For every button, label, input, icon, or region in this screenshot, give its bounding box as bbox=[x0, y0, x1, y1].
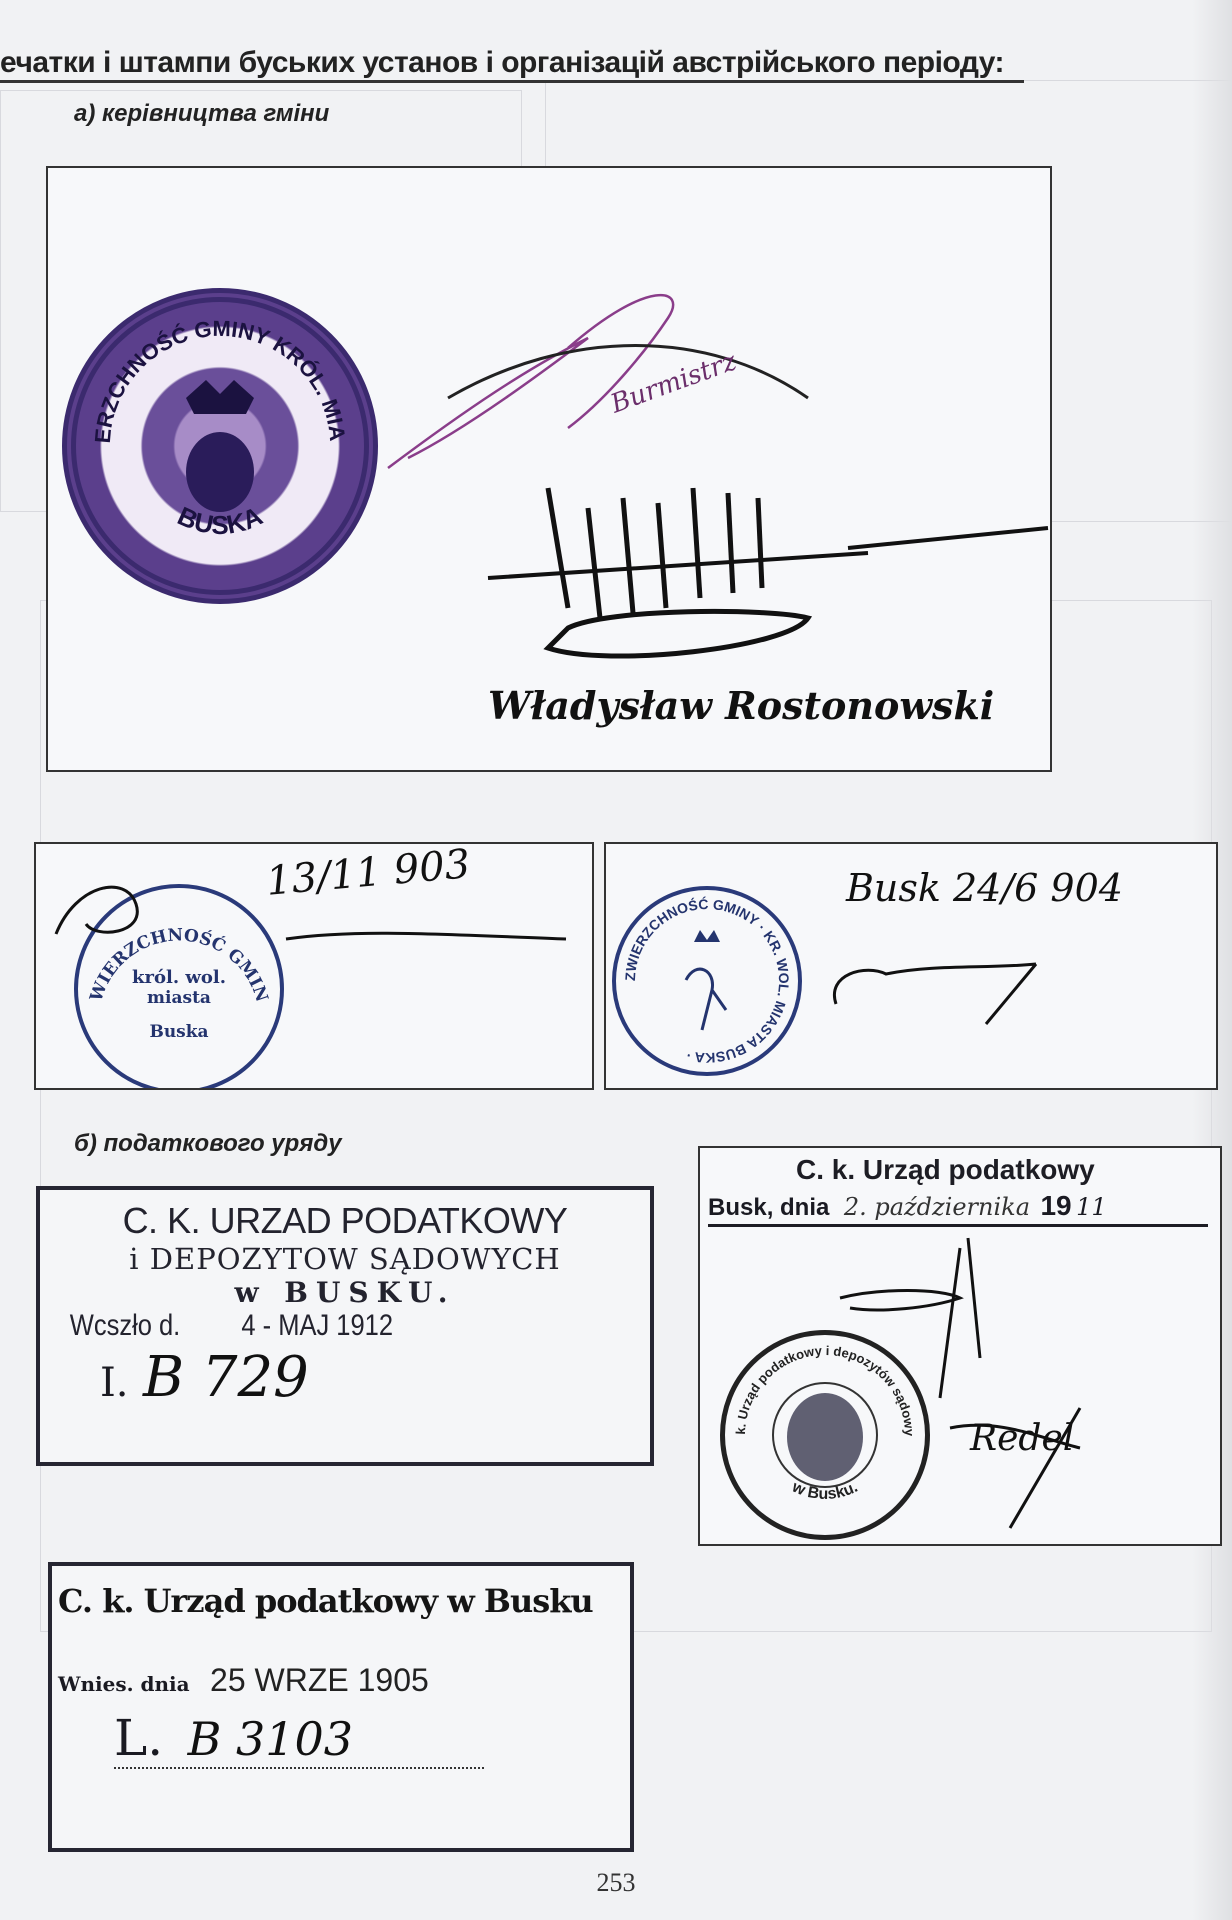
signature-strokes bbox=[48, 168, 1050, 770]
signature-left-strokes bbox=[36, 844, 592, 1088]
section-b-heading: б) податкового уряду bbox=[74, 1130, 342, 1158]
stamp-1912-received-label: Wcszło d. bbox=[70, 1309, 181, 1343]
stamp-1911-frame: C. k. Urząd podatkowy Busk, dnia 2. paźd… bbox=[698, 1146, 1222, 1546]
stamp-1905-handwritten-number: B 3103 bbox=[188, 1712, 354, 1766]
stamp-1905-date: 25 WRZE 1905 bbox=[210, 1662, 429, 1698]
stamp-1912-line1: C. K. URZAD PODATKOWY bbox=[40, 1200, 650, 1242]
main-seal-frame: ZWIERZCHNOŚĆ GMINY KRÓL. MIASTA BUSKA Bu… bbox=[46, 166, 1052, 772]
signature-name: Władysław Rostonowski bbox=[488, 683, 994, 728]
stamp-1912: C. K. URZAD PODATKOWY i DEPOZYTOW SĄDOWY… bbox=[36, 1186, 654, 1466]
stamp-1905: C. k. Urząd podatkowy w Busku Wnies. dni… bbox=[48, 1562, 634, 1852]
stamp-1912-prefix: I. bbox=[100, 1360, 129, 1406]
stamp-1905-line1: C. k. Urząd podatkowy w Busku bbox=[58, 1582, 630, 1620]
section-a-heading: а) керівництва гміни bbox=[74, 100, 329, 128]
signature-right-strokes bbox=[606, 844, 1216, 1088]
stamp-1912-handwritten-number: B 729 bbox=[143, 1345, 309, 1410]
seal-right-frame: ZWIERZCHNOŚĆ GMINY · KR. WOL. MIASTA BUS… bbox=[604, 842, 1218, 1090]
page-title: ечатки і штампи буських установ і органі… bbox=[0, 46, 1024, 83]
stamp-1905-prefix: L. bbox=[114, 1709, 163, 1767]
stamp-1911-signature-strokes bbox=[700, 1148, 1220, 1544]
stamp-1912-line3: w BUSKU. bbox=[40, 1276, 650, 1309]
stamp-1911-signature: Redel bbox=[970, 1418, 1074, 1459]
stamp-1905-date-label: Wnies. dnia bbox=[58, 1672, 190, 1696]
seal-left-frame: ZWIERZCHNOŚĆ GMINY król. wol. miasta Bus… bbox=[34, 842, 594, 1090]
stamp-1912-line2: i DEPOZYTOW SĄDOWYCH bbox=[40, 1242, 650, 1276]
stamp-1912-date: 4 - MAJ 1912 bbox=[242, 1309, 394, 1343]
page-number: 253 bbox=[0, 1868, 1232, 1898]
